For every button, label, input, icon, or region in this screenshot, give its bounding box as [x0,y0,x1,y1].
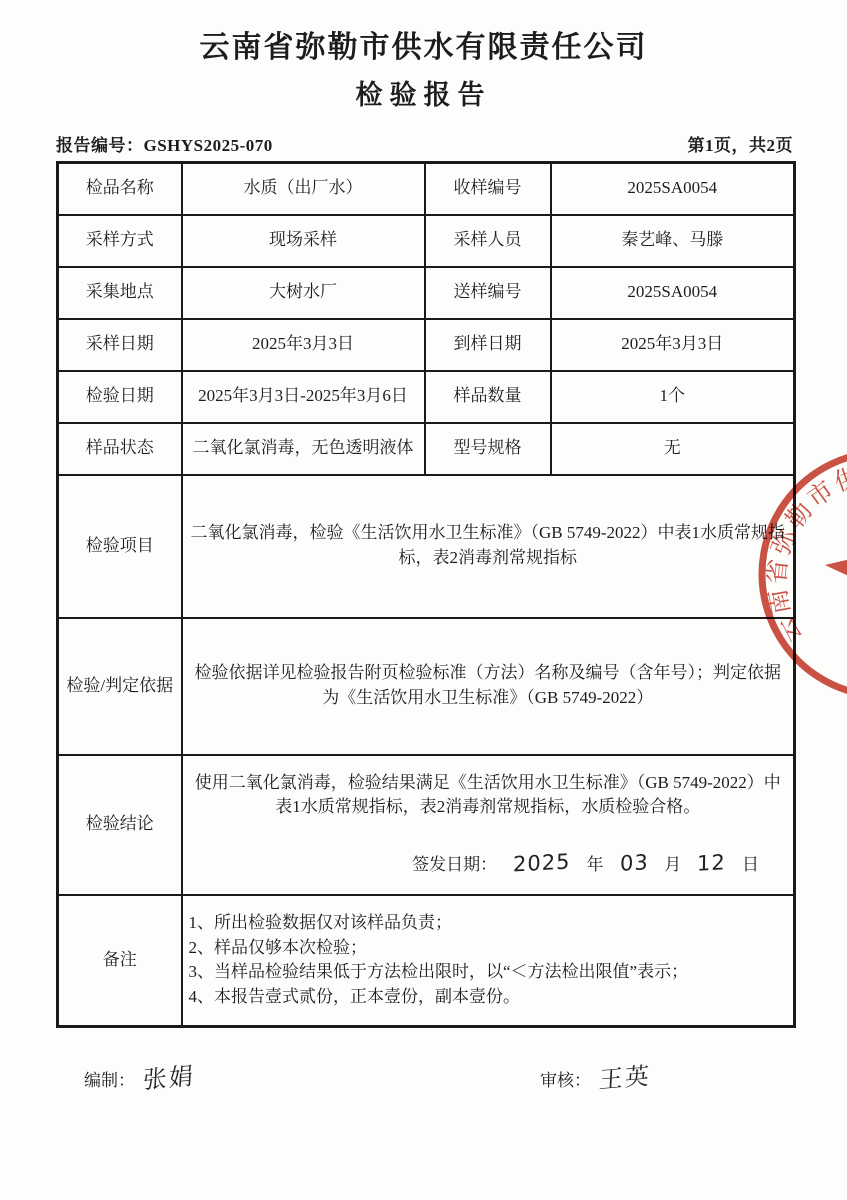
field-label: 样品状态 [58,423,182,475]
remark-item: 1、所出检验数据仅对该样品负责； [189,911,788,936]
sign-date-line: 签发日期： 2025 年 03 月 12 日 [189,848,760,878]
reviewed-by: 审核：王英 [540,1058,651,1093]
reviewed-label: 审核： [540,1071,591,1090]
prepared-signature-handwritten: 张娟 [142,1056,196,1096]
field-label: 到样日期 [425,319,551,371]
field-label: 采样方式 [58,215,182,267]
field-label: 采样人员 [425,215,551,267]
table-row: 检品名称 水质（出厂水） 收样编号 2025SA0054 [58,163,795,215]
prepared-label: 编制： [84,1071,135,1090]
inspection-items-content: 二氧化氯消毒，检验《生活饮用水卫生标准》（GB 5749-2022）中表1水质常… [182,475,795,618]
inspection-basis-row: 检验/判定依据 检验依据详见检验报告附页检验标准（方法）名称及编号（含年号）；判… [58,618,795,755]
sign-date-year-handwritten: 2025 [513,846,571,880]
field-value: 二氧化氯消毒，无色透明液体 [182,423,425,475]
remark-item: 3、当样品检验结果低于方法检出限时，以“＜方法检出限值”表示； [189,960,788,985]
conclusion-cell: 使用二氧化氯消毒，检验结果满足《生活饮用水卫生标准》（GB 5749-2022）… [182,755,795,895]
field-value: 大树水厂 [182,267,425,319]
remarks-cell: 1、所出检验数据仅对该样品负责； 2、样品仅够本次检验； 3、当样品检验结果低于… [182,895,795,1027]
field-label: 收样编号 [425,163,551,215]
field-label: 检验日期 [58,371,182,423]
prepared-by: 编制：张娟 [84,1058,195,1093]
year-unit: 年 [587,853,604,878]
field-value: 水质（出厂水） [182,163,425,215]
table-row: 样品状态 二氧化氯消毒，无色透明液体 型号规格 无 [58,423,795,475]
page-indicator: 第1页，共2页 [688,131,794,156]
seal-star-icon [816,502,847,630]
report-meta-line: 报告编号：GSHYS2025-070 第1页，共2页 [56,131,793,156]
field-label: 送样编号 [425,267,551,319]
table-row: 采样方式 现场采样 采样人员 秦艺峰、马滕 [58,215,795,267]
report-page: 云南省弥勒市供水有限责任公司 检验报告 报告编号：GSHYS2025-070 第… [0,0,847,1200]
field-label: 检品名称 [58,163,182,215]
remark-item: 2、样品仅够本次检验； [189,936,788,961]
field-value: 2025年3月3日 [182,319,425,371]
company-title: 云南省弥勒市供水有限责任公司 [0,0,847,70]
report-number: 报告编号：GSHYS2025-070 [56,131,273,156]
report-number-value: GSHYS2025-070 [144,136,273,155]
field-label: 型号规格 [425,423,551,475]
field-value: 无 [551,423,795,475]
table-row: 采样日期 2025年3月3日 到样日期 2025年3月3日 [58,319,795,371]
field-value: 2025SA0054 [551,267,795,319]
inspection-report-table: 检品名称 水质（出厂水） 收样编号 2025SA0054 采样方式 现场采样 采… [56,161,796,1028]
field-value: 2025SA0054 [551,163,795,215]
sign-date-day-handwritten: 12 [697,847,726,879]
day-unit: 日 [742,853,759,878]
field-label: 检验结论 [58,755,182,895]
field-value: 2025年3月3日-2025年3月6日 [182,371,425,423]
inspection-items-row: 检验项目 二氧化氯消毒，检验《生活饮用水卫生标准》（GB 5749-2022）中… [58,475,795,618]
field-label: 采集地点 [58,267,182,319]
inspection-basis-content: 检验依据详见检验报告附页检验标准（方法）名称及编号（含年号）；判定依据为《生活饮… [182,618,795,755]
field-label: 样品数量 [425,371,551,423]
remarks-row: 备注 1、所出检验数据仅对该样品负责； 2、样品仅够本次检验； 3、当样品检验结… [58,895,795,1027]
report-number-label: 报告编号： [56,136,144,155]
table-row: 检验日期 2025年3月3日-2025年3月6日 样品数量 1个 [58,371,795,423]
document-type-title: 检验报告 [0,75,847,115]
sign-date-label: 签发日期： [412,853,497,878]
sign-date-month-handwritten: 03 [619,847,648,879]
conclusion-text: 使用二氧化氯消毒，检验结果满足《生活饮用水卫生标准》（GB 5749-2022）… [189,771,788,820]
signature-footer: 编制：张娟 审核：王英 [56,1050,793,1110]
field-value: 现场采样 [182,215,425,267]
field-label: 备注 [58,895,182,1027]
table-row: 采集地点 大树水厂 送样编号 2025SA0054 [58,267,795,319]
field-value: 秦艺峰、马滕 [551,215,795,267]
reviewed-signature-handwritten: 王英 [598,1056,652,1096]
conclusion-row: 检验结论 使用二氧化氯消毒，检验结果满足《生活饮用水卫生标准》（GB 5749-… [58,755,795,895]
field-label: 采样日期 [58,319,182,371]
field-value: 2025年3月3日 [551,319,795,371]
remark-item: 4、本报告壹式贰份，正本壹份，副本壹份。 [189,985,788,1010]
field-label: 检验项目 [58,475,182,618]
field-value: 1个 [551,371,795,423]
month-unit: 月 [664,853,681,878]
field-label: 检验/判定依据 [58,618,182,755]
